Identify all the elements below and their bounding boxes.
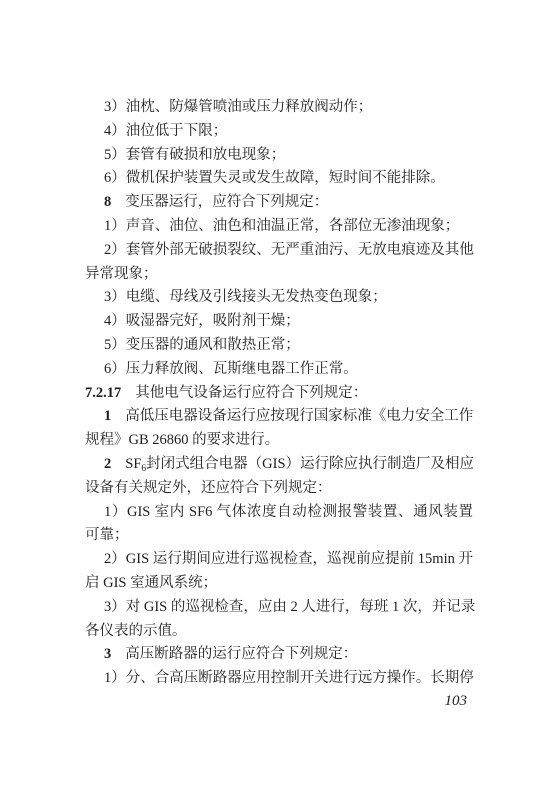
text-line: 3）对 GIS 的巡视检查，应由 2 人进行，每班 1 次，并记录 bbox=[85, 596, 473, 620]
text-segment: 启 GIS 室通风系统； bbox=[85, 575, 217, 591]
text-line: 5）套管有破损和放电现象； bbox=[85, 144, 473, 168]
text-line: 设备有关规定外，还应符合下列规定： bbox=[85, 477, 473, 501]
clause-number: 1 bbox=[104, 408, 111, 424]
text-line: 8变压器运行，应符合下列规定： bbox=[85, 191, 473, 215]
text-line: 6）压力释放阀、瓦斯继电器工作正常。 bbox=[85, 358, 473, 382]
text-segment: 规程》GB 26860 的要求进行。 bbox=[85, 432, 279, 448]
text-segment: SF bbox=[125, 456, 141, 472]
text-segment: 1）GIS 室内 SF6 气体浓度自动检测报警装置、通风装置 bbox=[104, 504, 473, 520]
text-line: 1）分、合高压断路器应用控制开关进行远方操作。长期停 bbox=[85, 667, 473, 691]
clause-number: 2 bbox=[104, 456, 111, 472]
text-segment: 5）变压器的通风和散热正常； bbox=[104, 337, 300, 353]
text-line: 2）套管外部无破损裂纹、无严重油污、无放电痕迹及其他 bbox=[85, 239, 473, 263]
text-segment: 3）油枕、防爆管喷油或压力释放阀动作； bbox=[104, 99, 372, 115]
text-line: 可靠； bbox=[85, 524, 473, 548]
text-segment: 2）GIS 运行期间应进行巡视检查，巡视前应提前 15min 开 bbox=[104, 551, 473, 567]
text-segment: 各仪表的示值。 bbox=[85, 623, 187, 639]
text-line: 3）油枕、防爆管喷油或压力释放阀动作； bbox=[85, 96, 473, 120]
text-block: 3）油枕、防爆管喷油或压力释放阀动作；4）油位低于下限；5）套管有破损和放电现象… bbox=[85, 96, 473, 691]
clause-number: 8 bbox=[104, 194, 111, 210]
text-line: 1高低压电器设备运行应按现行国家标准《电力安全工作 bbox=[85, 405, 473, 429]
clause-number: 7.2.17 bbox=[85, 385, 121, 401]
text-line: 6）微机保护装置失灵或发生故障，短时间不能排除。 bbox=[85, 167, 473, 191]
text-line: 4）油位低于下限； bbox=[85, 120, 473, 144]
text-segment: 设备有关规定外，还应符合下列规定： bbox=[85, 480, 332, 496]
text-segment: 2）套管外部无破损裂纹、无严重油污、无放电痕迹及其他 bbox=[104, 242, 474, 258]
text-segment: 3）电缆、母线及引线接头无发热变色现象； bbox=[104, 289, 387, 305]
text-line: 7.2.17其他电气设备运行应符合下列规定： bbox=[85, 382, 473, 406]
text-segment: 其他电气设备运行应符合下列规定： bbox=[135, 385, 367, 401]
text-segment: 变压器运行，应符合下列规定： bbox=[125, 194, 328, 210]
document-page: 3）油枕、防爆管喷油或压力释放阀动作；4）油位低于下限；5）套管有破损和放电现象… bbox=[0, 0, 551, 789]
text-line: 2SF6封闭式组合电器（GIS）运行除应执行制造厂及相应 bbox=[85, 453, 473, 477]
text-line: 异常现象； bbox=[85, 263, 473, 287]
text-segment: 5）套管有破损和放电现象； bbox=[104, 147, 285, 163]
text-line: 各仪表的示值。 bbox=[85, 620, 473, 644]
text-line: 启 GIS 室通风系统； bbox=[85, 572, 473, 596]
text-segment: 4）油位低于下限； bbox=[104, 123, 227, 139]
text-segment: 6）压力释放阀、瓦斯继电器工作正常。 bbox=[104, 361, 358, 377]
text-line: 3）电缆、母线及引线接头无发热变色现象； bbox=[85, 286, 473, 310]
text-segment: 高低压电器设备运行应按现行国家标准《电力安全工作 bbox=[125, 408, 473, 424]
text-segment: 可靠； bbox=[85, 527, 129, 543]
text-segment: 6）微机保护装置失灵或发生故障，短时间不能排除。 bbox=[104, 170, 445, 186]
text-segment: 4）吸湿器完好，吸附剂干燥； bbox=[104, 313, 300, 329]
page-number: 103 bbox=[445, 692, 468, 710]
text-line: 规程》GB 26860 的要求进行。 bbox=[85, 429, 473, 453]
text-line: 3高压断路器的运行应符合下列规定： bbox=[85, 643, 473, 667]
text-line: 4）吸湿器完好，吸附剂干燥； bbox=[85, 310, 473, 334]
text-segment: 3）对 GIS 的巡视检查，应由 2 人进行，每班 1 次，并记录 bbox=[104, 599, 475, 615]
text-line: 1）声音、油位、油色和油温正常，各部位无渗油现象； bbox=[85, 215, 473, 239]
text-segment: 1）声音、油位、油色和油温正常，各部位无渗油现象； bbox=[104, 218, 459, 234]
text-line: 2）GIS 运行期间应进行巡视检查，巡视前应提前 15min 开 bbox=[85, 548, 473, 572]
text-segment: 高压断路器的运行应符合下列规定： bbox=[125, 646, 357, 662]
clause-number: 3 bbox=[104, 646, 111, 662]
text-line: 5）变压器的通风和散热正常； bbox=[85, 334, 473, 358]
text-segment: 异常现象； bbox=[85, 266, 158, 282]
text-line: 1）GIS 室内 SF6 气体浓度自动检测报警装置、通风装置 bbox=[85, 501, 473, 525]
text-segment: 1）分、合高压断路器应用控制开关进行远方操作。长期停 bbox=[104, 670, 474, 686]
text-segment: 封闭式组合电器（GIS）运行除应执行制造厂及相应 bbox=[146, 456, 474, 472]
